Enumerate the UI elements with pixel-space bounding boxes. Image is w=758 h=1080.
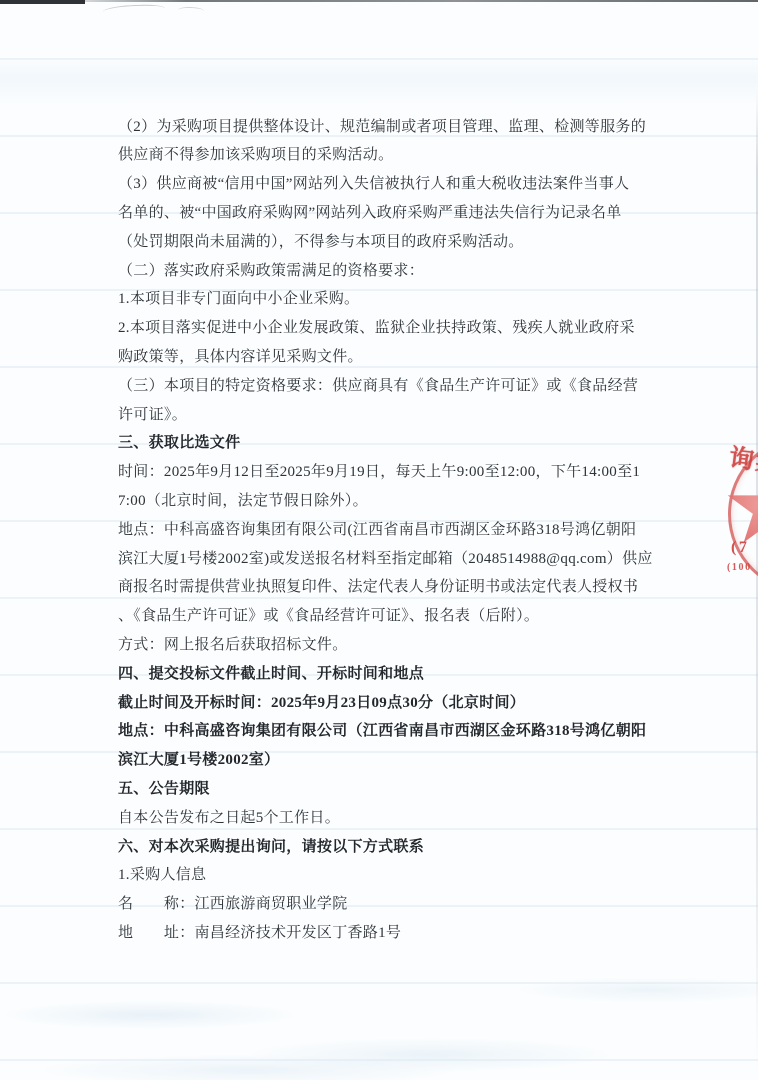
text-line: 供应商不得参加该采购项目的采购活动。 [118,141,652,170]
text-line: 四、提交投标文件截止时间、开标时间和地点 [118,660,652,689]
text-line: （处罚期限尚未届满的），不得参与本项目的政府采购活动。 [118,228,652,257]
text-line: （2）为采购项目提供整体设计、规范编制或者项目管理、监理、检测等服务的 [118,113,652,142]
text-line: 地点：中科高盛咨询集团有限公司(江西省南昌市西湖区金环路318号鸿亿朝阳 [118,516,652,545]
scan-top-edge-line [85,0,758,2]
scan-scribble-mark [103,3,165,16]
text-line: 三、获取比选文件 [118,429,652,458]
text-line: 截止时间及开标时间：2025年9月23日09点30分（北京时间） [118,689,652,718]
scan-mottle [0,955,758,1080]
text-line: （二）落实政府采购政策需满足的资格要求： [118,257,652,286]
text-line: 名 称：江西旅游商贸职业学院 [118,890,652,919]
scan-scribble-mark [178,7,204,15]
scan-top-edge-dark [0,0,85,4]
text-line: 名单的、被“中国政府采购网”网站列入政府采购严重违法失信行为记录名单 [118,199,652,228]
text-line: 方式：网上报名后获取招标文件。 [118,631,652,660]
scanned-document-page: （2）为采购项目提供整体设计、规范编制或者项目管理、监理、检测等服务的供应商不得… [0,0,758,1080]
text-line: 滨江大厦1号楼2002室)或发送报名材料至指定邮箱（2048514988@qq.… [118,545,652,574]
text-line: 六、对本次采购提出询问，请按以下方式联系 [118,833,652,862]
text-line: 购政策等，具体内容详见采购文件。 [118,343,652,372]
text-line: 、《食品生产许可证》或《食品经营许可证》、报名表（后附）。 [118,602,652,631]
text-line: 7:00（北京时间，法定节假日除外）。 [118,487,652,516]
text-line: 自本公告发布之日起5个工作日。 [118,804,652,833]
text-line: 1.本项目非专门面向中小企业采购。 [118,285,652,314]
text-line: 1.采购人信息 [118,861,652,890]
official-seal-code-fragment: (7 [731,539,749,557]
text-line: 2.本项目落实促进中小企业发展政策、监狱企业扶持政策、残疾人就业政府采 [118,314,652,343]
official-seal-text-fragment: 询集 [727,438,758,480]
document-body: （2）为采购项目提供整体设计、规范编制或者项目管理、监理、检测等服务的供应商不得… [118,113,652,948]
text-line: 许可证》。 [118,401,652,430]
text-line: 地点：中科高盛咨询集团有限公司（江西省南昌市西湖区金环路318号鸿亿朝阳 [118,717,652,746]
text-line: 时间：2025年9月12日至2025年9月19日，每天上午9:00至12:00，… [118,458,652,487]
text-line: 五、公告期限 [118,775,652,804]
text-line: 滨江大厦1号楼2002室） [118,746,652,775]
text-line: （3）供应商被“信用中国”网站列入失信被执行人和重大税收违法案件当事人 [118,170,652,199]
text-line: 商报名时需提供营业执照复印件、法定代表人身份证明书或法定代表人授权书 [118,573,652,602]
scan-tint-band [0,58,758,104]
text-line: 地 址：南昌经济技术开发区丁香路1号 [118,919,652,948]
text-line: （三）本项目的特定资格要求：供应商具有《食品生产许可证》或《食品经营 [118,372,652,401]
official-seal-number-fragment: (100 [727,562,752,573]
